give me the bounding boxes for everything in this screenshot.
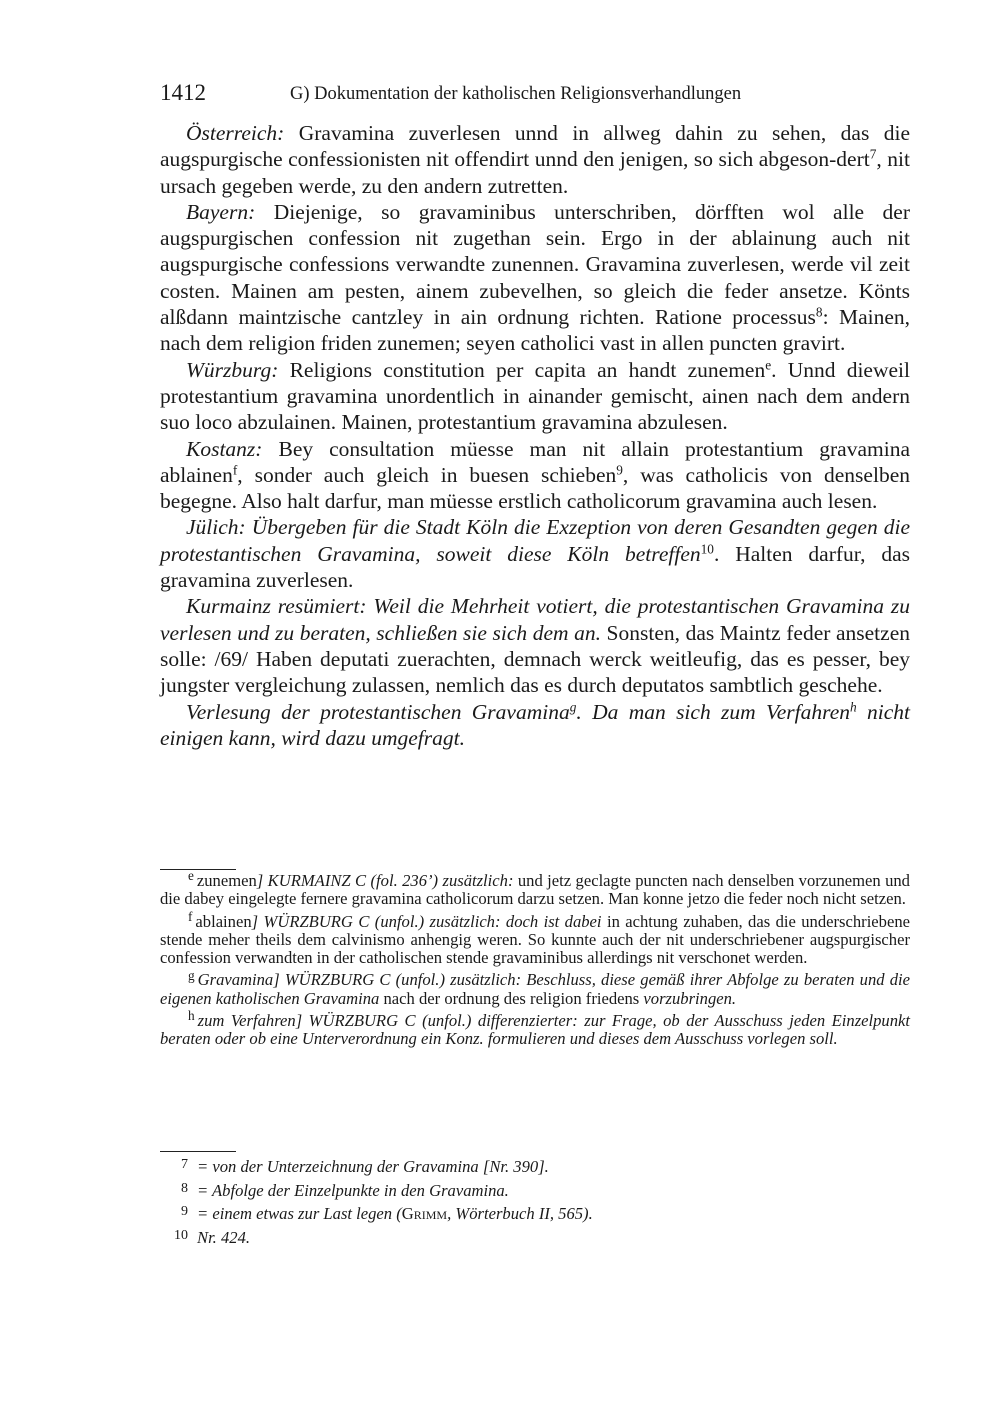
paragraph-kostanz: Kostanz: Bey consultation müesse man nit…: [160, 436, 910, 515]
speaker-label: Bayern:: [186, 200, 255, 224]
page-number: 1412: [160, 78, 206, 108]
note-text: = von der Unterzeichnung der Gravamina […: [197, 1157, 549, 1176]
comment-note-10: 10Nr. 424.: [160, 1225, 910, 1249]
footnote-ref: 10: [701, 541, 714, 556]
main-text: Österreich: Gravamina zuverlesen unnd in…: [160, 120, 910, 751]
note-text: Nr. 424.: [197, 1228, 250, 1247]
note-number: 7: [160, 1154, 197, 1176]
note-mark: f: [188, 909, 192, 924]
footnote-divider: [160, 869, 236, 870]
note-number: 9: [160, 1201, 197, 1223]
paragraph-wuerzburg: Würzburg: Religions constitution per cap…: [160, 357, 910, 436]
note-source: ] KURMAINZ C (fol. 236’) zusätzlich:: [257, 871, 514, 890]
footnote-ref: 8: [816, 305, 823, 320]
commentary-footnotes: 7= von der Unterzeichnung der Gravamina …: [160, 1154, 910, 1249]
speaker-label: Österreich:: [186, 121, 284, 145]
apparatus-note-g: gGravamina] WÜRZBURG C (unfol.) zusätzli…: [160, 971, 910, 1008]
note-mark: e: [188, 868, 194, 883]
text-critical-apparatus: ezunemen] KURMAINZ C (fol. 236’) zusätzl…: [160, 872, 910, 1053]
apparatus-note-e: ezunemen] KURMAINZ C (fol. 236’) zusätzl…: [160, 872, 910, 909]
footnote-ref: 9: [616, 463, 623, 478]
speaker-label: Kostanz:: [186, 437, 262, 461]
note-number: 10: [160, 1225, 197, 1247]
comment-divider: [160, 1151, 236, 1152]
editorial-summary: . Da man sich zum Verfahren: [576, 700, 850, 724]
note-text: nach der ordnung des religion friedens: [379, 989, 643, 1008]
paragraph-verlesung: Verlesung der protestantischen Gravamina…: [160, 699, 910, 752]
footnote-ref: h: [850, 699, 857, 714]
running-title: G) Dokumentation der katholischen Religi…: [290, 79, 741, 109]
apparatus-note-f: fablainen] WÜRZBURG C (unfol.) zusätzlic…: [160, 913, 910, 968]
note-text: = einem etwas zur Last legen (: [197, 1205, 402, 1224]
comment-note-8: 8= Abfolge der Einzelpunkte in den Grava…: [160, 1178, 910, 1202]
note-number: 8: [160, 1178, 197, 1200]
note-mark: h: [188, 1008, 195, 1023]
note-source: ] WÜRZBURG C (unfol.) zusätzlich: doch i…: [252, 912, 602, 931]
paragraph-text: , sonder auch gleich in buesen schieben: [237, 463, 616, 487]
speaker-label: Würzburg:: [186, 358, 278, 382]
paragraph-juelich: Jülich: Übergeben für die Stadt Köln die…: [160, 514, 910, 593]
note-text: , Wörterbuch II, 565).: [447, 1205, 593, 1224]
paragraph-text: Religions constitution per capita an han…: [278, 358, 765, 382]
comment-note-9: 9= einem etwas zur Last legen (Grimm, Wö…: [160, 1201, 910, 1225]
author-name: Grimm: [402, 1205, 447, 1224]
page-header: 1412 G) Dokumentation der katholischen R…: [160, 78, 910, 108]
paragraph-bayern: Bayern: Diejenige, so gravaminibus unter…: [160, 199, 910, 357]
paragraph-oesterreich: Österreich: Gravamina zuverlesen unnd in…: [160, 120, 910, 199]
apparatus-note-h: hzum Verfahren] WÜRZBURG C (unfol.) diff…: [160, 1012, 910, 1049]
note-text: = Abfolge der Einzelpunkte in den Gravam…: [197, 1181, 509, 1200]
note-text-italic: vorzubringen.: [643, 989, 736, 1008]
note-lemma: ablainen: [195, 912, 251, 931]
note-mark: g: [188, 968, 195, 983]
note-source: zum Verfahren] WÜRZBURG C (unfol.) diffe…: [160, 1011, 910, 1048]
paragraph-kurmainz: Kurmainz resümiert: Weil die Mehrheit vo…: [160, 593, 910, 698]
comment-note-7: 7= von der Unterzeichnung der Gravamina …: [160, 1154, 910, 1178]
paragraph-text: Diejenige, so gravaminibus unterschriben…: [160, 200, 910, 329]
editorial-summary: Verlesung der protestantischen Gravamina: [186, 700, 570, 724]
note-lemma: zunemen: [197, 871, 257, 890]
